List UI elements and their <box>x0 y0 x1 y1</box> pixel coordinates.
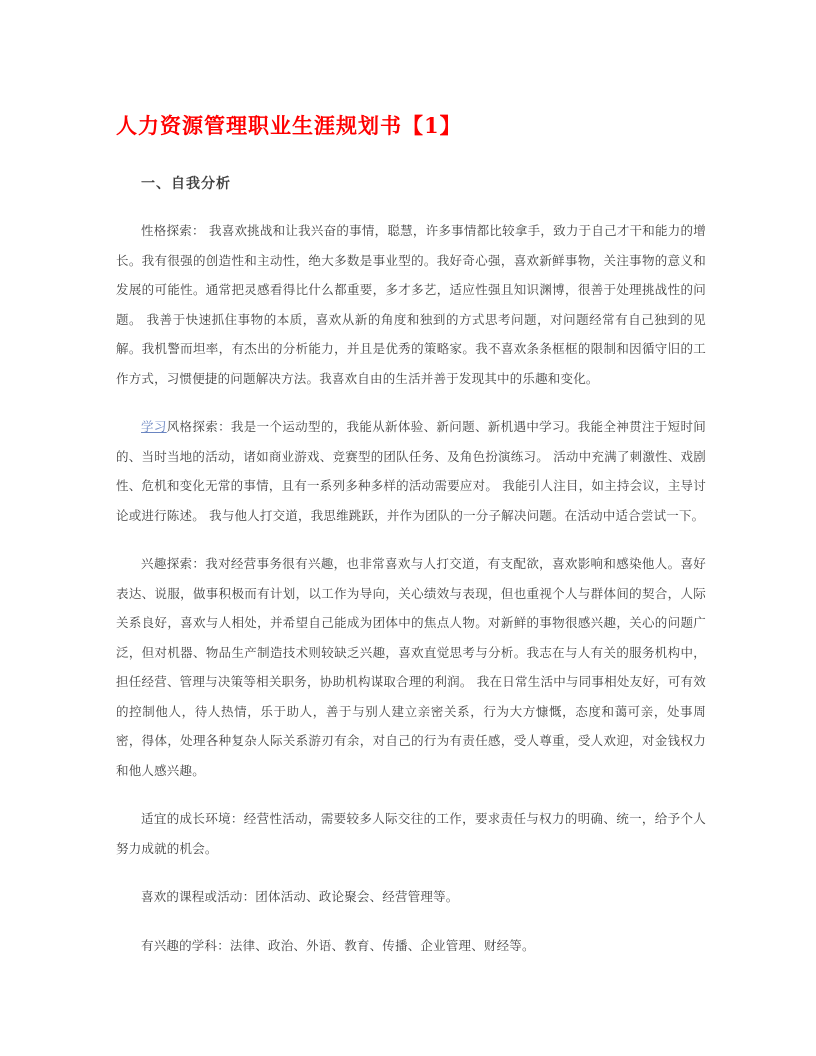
paragraph-text: 兴趣探索：我对经营事务很有兴趣，也非常喜欢与人打交道，有支配欲，喜欢影响和感染他… <box>116 556 706 778</box>
document-page: 人力资源管理职业生涯规划书【1】 一、自我分析 性格探索： 我喜欢挑战和让我兴奋… <box>0 0 816 1056</box>
paragraph-text: 有兴趣的学科：法律、政治、外语、教育、传播、企业管理、财经等。 <box>141 938 535 953</box>
paragraph-interest-exploration: 兴趣探索：我对经营事务很有兴趣，也非常喜欢与人打交道，有支配欲，喜欢影响和感染他… <box>116 549 706 785</box>
paragraph-interested-subjects: 有兴趣的学科：法律、政治、外语、教育、传播、企业管理、财经等。 <box>116 931 706 961</box>
paragraph-favorite-courses: 喜欢的课程或活动：团体活动、政论聚会、经营管理等。 <box>116 882 706 912</box>
paragraph-text: 喜欢的课程或活动：团体活动、政论聚会、经营管理等。 <box>141 889 459 904</box>
xuexi-link[interactable]: 学习 <box>141 419 167 434</box>
paragraph-learning-style: 学习风格探索：我是一个运动型的，我能从新体验、新问题、新机遇中学习。我能全神贯注… <box>116 412 706 530</box>
paragraph-text: 性格探索： 我喜欢挑战和让我兴奋的事情，聪慧，许多事情都比较拿手，致力于自己才干… <box>116 223 706 386</box>
paragraph-suitable-environment: 适宜的成长环境：经营性活动，需要较多人际交往的工作，要求责任与权力的明确、统一，… <box>116 804 706 863</box>
section-heading-self-analysis: 一、自我分析 <box>116 174 706 194</box>
paragraph-text: 风格探索：我是一个运动型的，我能从新体验、新问题、新机遇中学习。我能全神贯注于短… <box>116 419 706 523</box>
document-title: 人力资源管理职业生涯规划书【1】 <box>116 110 706 142</box>
paragraph-text: 适宜的成长环境：经营性活动，需要较多人际交往的工作，要求责任与权力的明确、统一，… <box>116 811 706 856</box>
paragraph-personality-exploration: 性格探索： 我喜欢挑战和让我兴奋的事情，聪慧，许多事情都比较拿手，致力于自己才干… <box>116 216 706 393</box>
